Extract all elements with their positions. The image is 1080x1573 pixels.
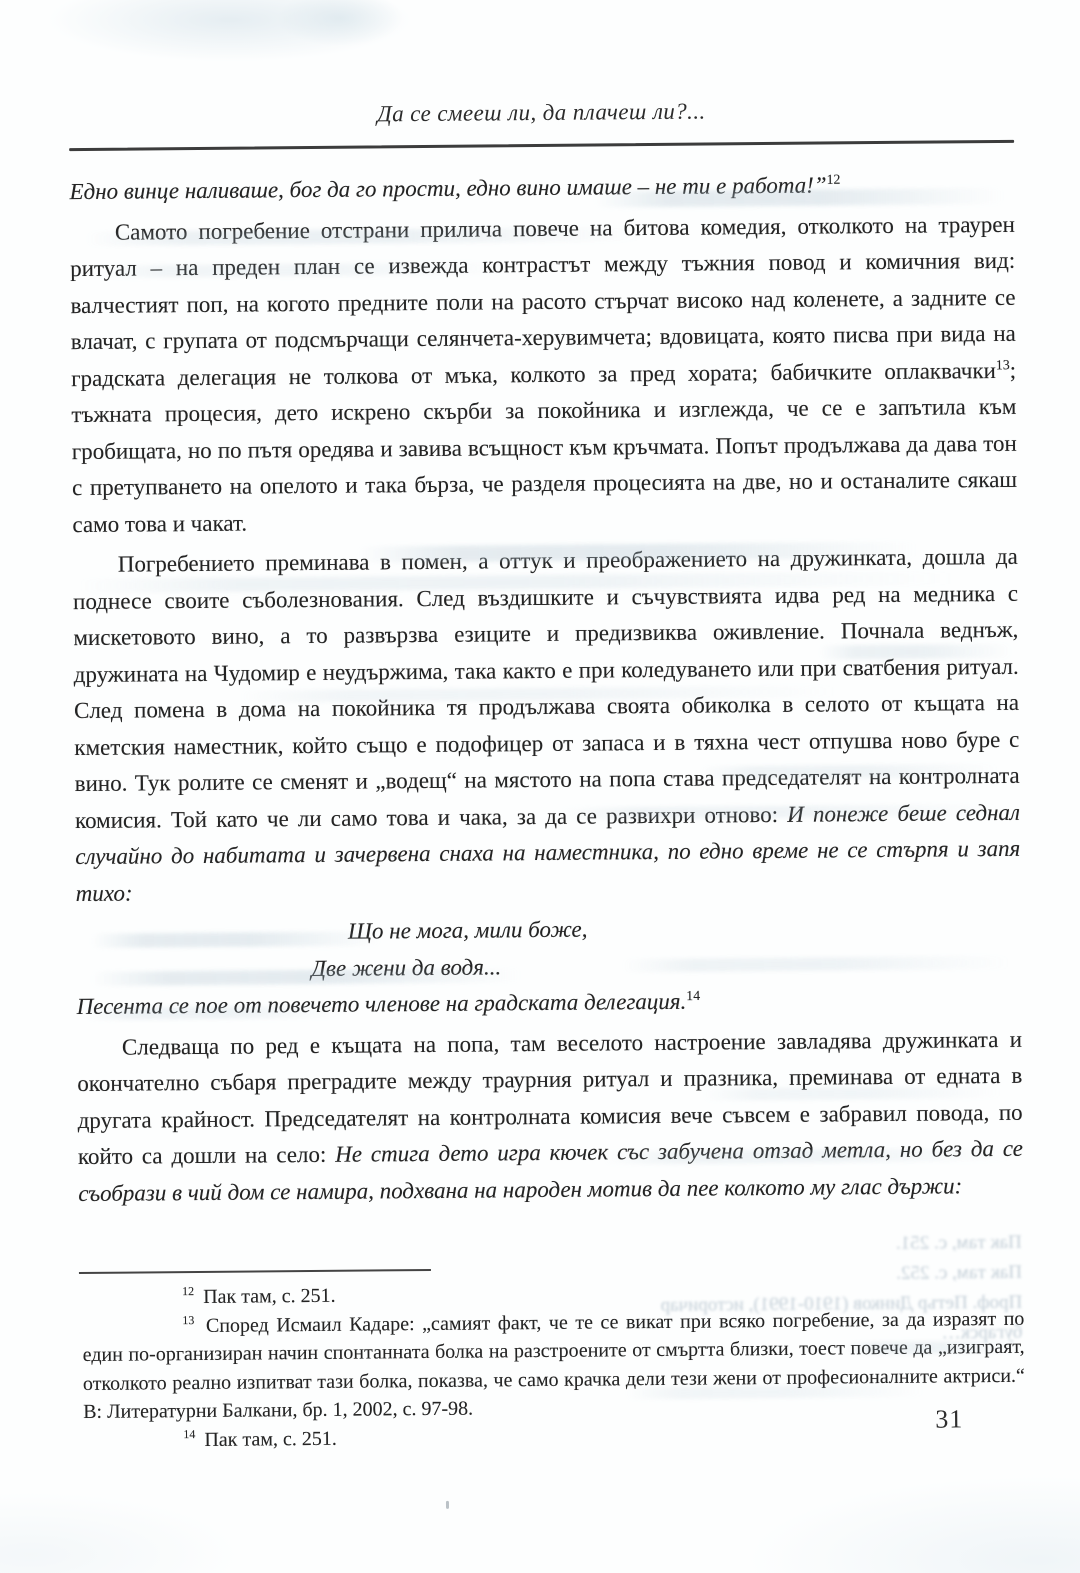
footnote-number: 12 xyxy=(182,1284,194,1298)
paragraph: Погребението преминава в помен, а оттук … xyxy=(73,539,1021,912)
footnote-separator-rule xyxy=(79,1269,431,1274)
footnote-number: 14 xyxy=(183,1427,195,1441)
scan-speck xyxy=(446,1501,449,1509)
paragraph: Едно винце наливаше, бог да го прости, е… xyxy=(69,166,1014,211)
scanned-book-page: { "header": { "title": "Да се смееш ли, … xyxy=(0,0,1080,1573)
page-number: 31 xyxy=(935,1404,963,1434)
bleedthrough-line: Пак там, с. 251. xyxy=(602,1228,1022,1262)
paragraph: Следваща по ред е къщата на попа, там ве… xyxy=(77,1021,1024,1212)
footnote-ref: 14 xyxy=(686,988,700,1003)
running-head-title: Да се смееш ли, да плачеш ли?... xyxy=(69,96,1014,130)
footnote: 13 Според Исмаил Кадаре: „самият факт, ч… xyxy=(82,1304,1025,1426)
paragraph: Самото погребение отстрани прилича повеч… xyxy=(70,206,1018,543)
footnote-ref: 13 xyxy=(996,357,1010,372)
paragraph: Песента се пое от повечето членове на гр… xyxy=(76,981,1021,1026)
header-rule xyxy=(69,140,1014,151)
body-text: Едно винце наливаше, бог да го прости, е… xyxy=(69,166,1023,1216)
page-sheet: Да се смееш ли, да плачеш ли?... Едно ви… xyxy=(0,0,1080,1573)
verse-line: Две жени да водя... xyxy=(311,944,1021,987)
verse-line: Що не мога, мили боже, xyxy=(348,908,1021,950)
footnotes: 12 Пак там, с. 251.13 Според Исмаил Када… xyxy=(82,1276,1025,1455)
footnote-number: 13 xyxy=(182,1313,194,1327)
footnote-ref: 12 xyxy=(827,172,841,187)
